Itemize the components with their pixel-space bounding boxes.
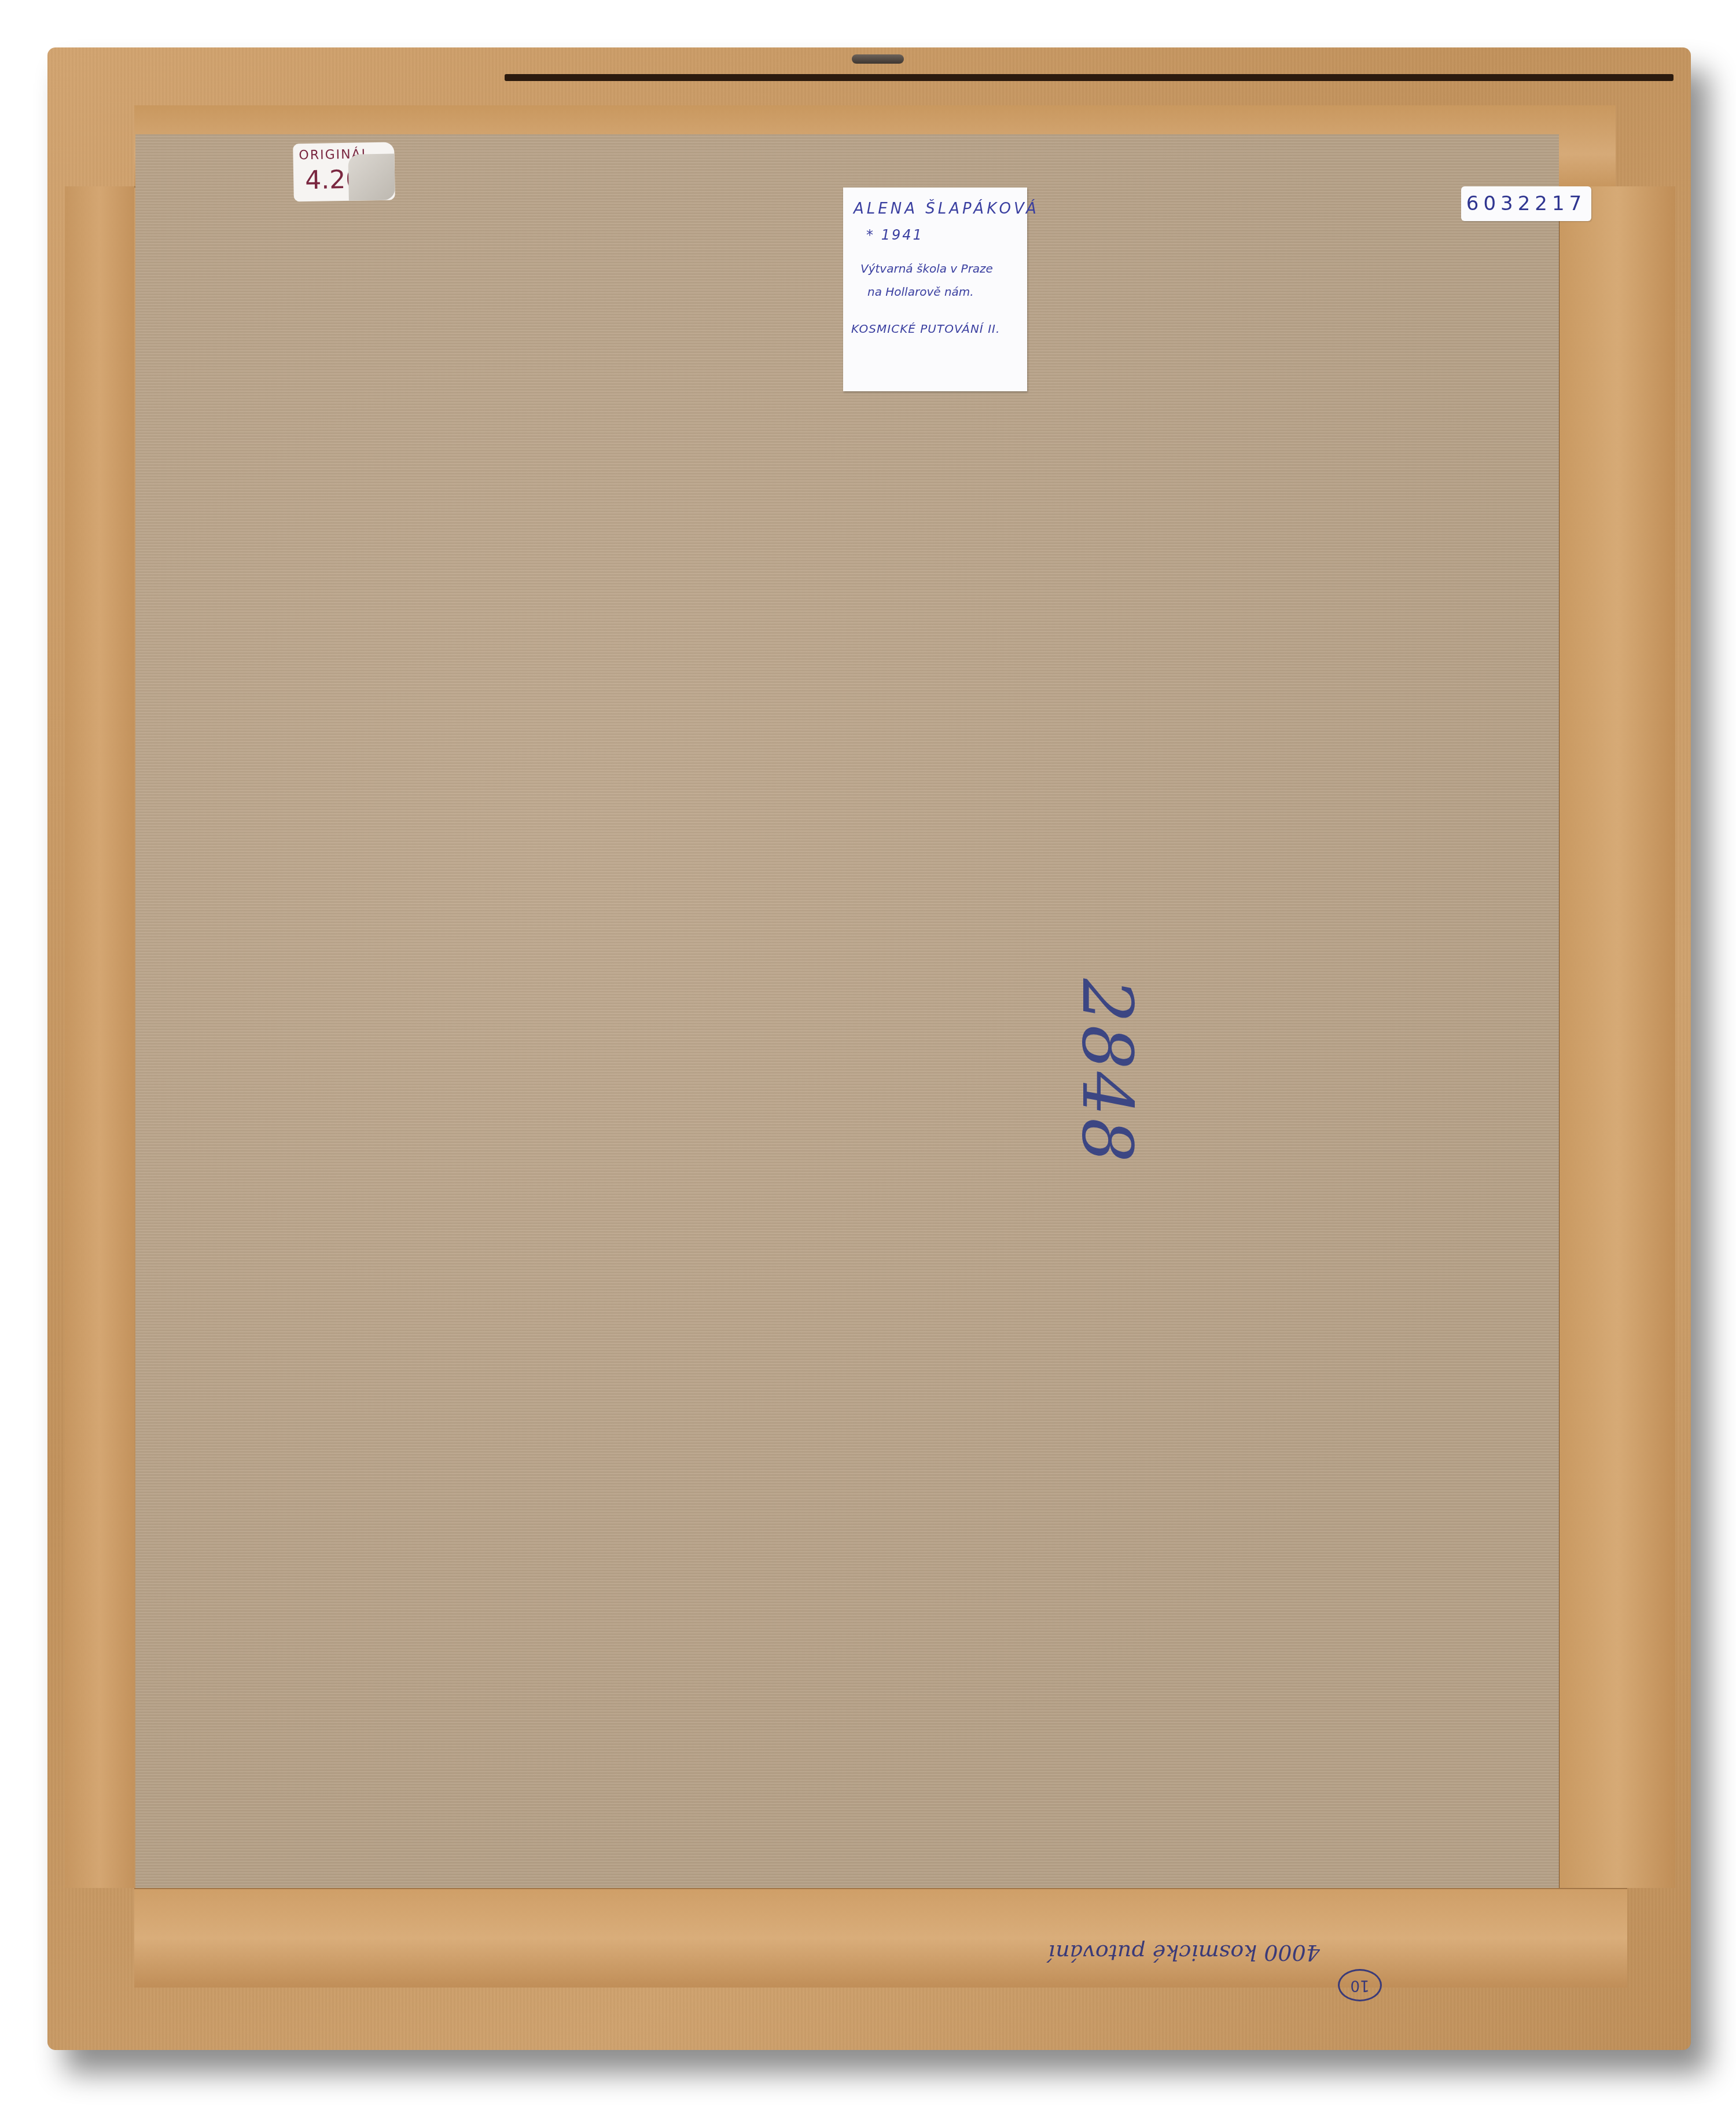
handwritten-title-upside-down: 4000 kosmické putování bbox=[1049, 1940, 1320, 1966]
hanging-hook-icon bbox=[852, 54, 904, 64]
sticker-curl bbox=[348, 153, 395, 200]
artist-school-address: na Hollarově nám. bbox=[867, 285, 974, 299]
picture-frame-back: ORIGINÁL 4.20 ALENA ŠLAPÁKOVÁ * 1941 Výt… bbox=[47, 47, 1691, 2050]
artist-school: Výtvarná škola v Praze bbox=[860, 262, 993, 275]
kraft-tape-left bbox=[65, 186, 134, 1888]
inventory-number-label: 6032217 bbox=[1461, 186, 1591, 221]
kraft-tape-right bbox=[1558, 186, 1675, 1888]
artwork-title: KOSMICKÉ PUTOVÁNÍ II. bbox=[851, 322, 1000, 336]
frame-gap bbox=[505, 74, 1674, 81]
circled-number: 10 bbox=[1338, 1969, 1382, 2001]
kraft-tape-bottom bbox=[134, 1888, 1627, 1988]
artist-birth: * 1941 bbox=[866, 227, 924, 243]
handwritten-number: 2848 bbox=[1066, 979, 1147, 1164]
artist-name: ALENA ŠLAPÁKOVÁ bbox=[854, 200, 1039, 218]
backing-board bbox=[135, 134, 1559, 1888]
price-sticker: ORIGINÁL 4.20 bbox=[293, 142, 395, 201]
artist-label: ALENA ŠLAPÁKOVÁ * 1941 Výtvarná škola v … bbox=[843, 188, 1027, 391]
